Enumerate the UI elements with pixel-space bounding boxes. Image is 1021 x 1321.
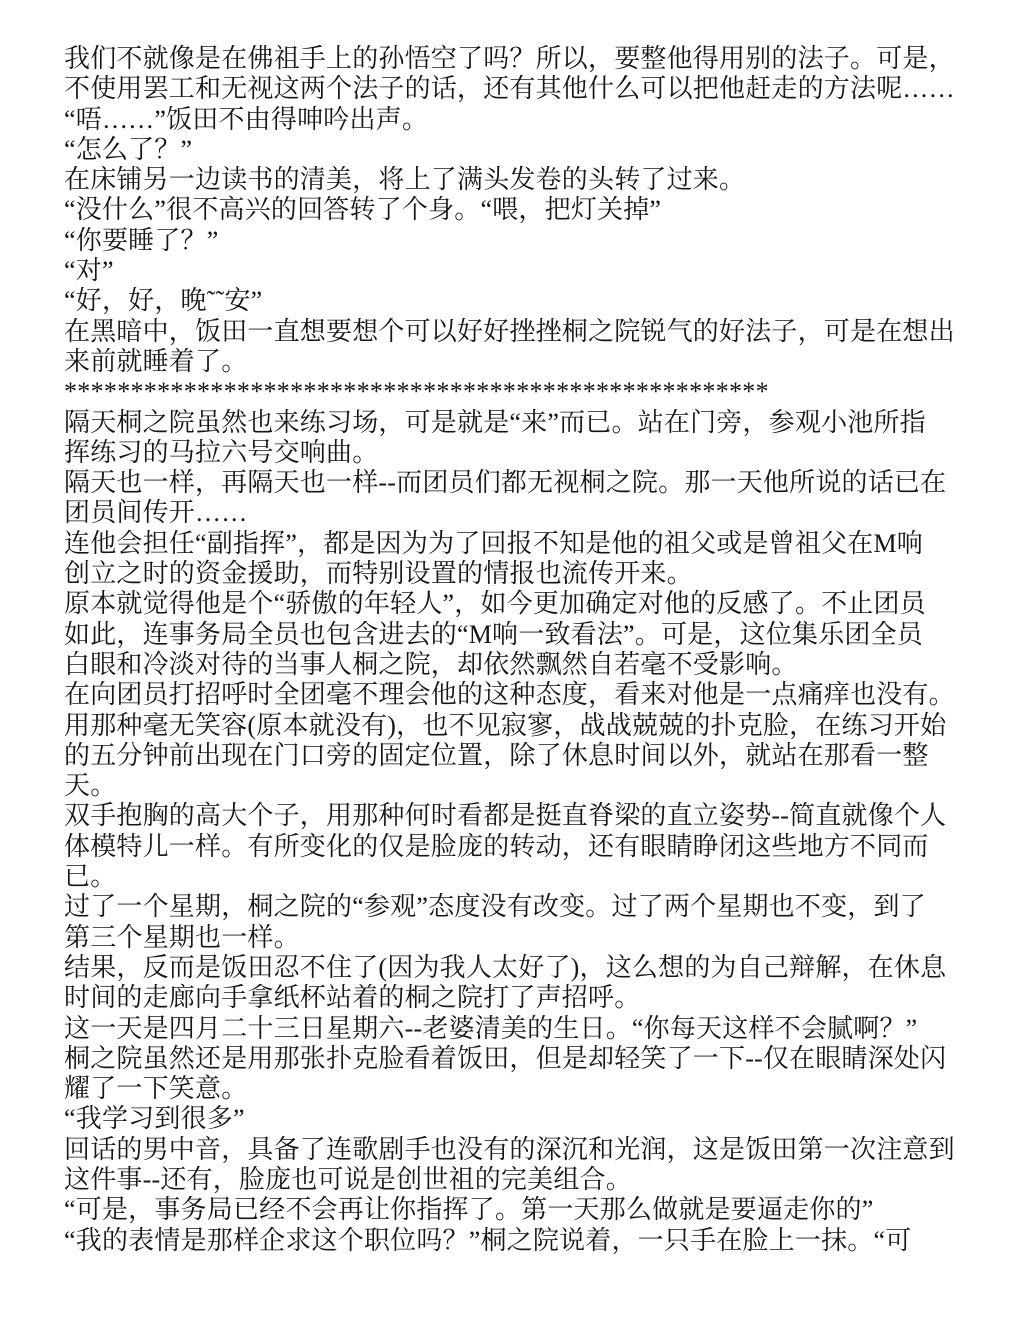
text-line: 如此，连事务局全员也包含进去的“M响一致看法”。可是，这位集乐团全员 — [64, 620, 981, 650]
text-line: 这件事--还有，脸庞也可说是创世祖的完美组合。 — [64, 1165, 981, 1195]
text-line: 在黑暗中，饭田一直想要想个可以好好挫挫桐之院锐气的好法子，可是在想出 — [64, 317, 981, 347]
text-line: “怎么了？” — [64, 135, 981, 165]
text-line: “我学习到很多” — [64, 1104, 981, 1134]
text-line: 回话的男中音，具备了连歌剧手也没有的深沉和光润，这是饭田第一次注意到 — [64, 1135, 981, 1165]
text-line: 创立之时的资金援助，而特别设置的情报也流传开来。 — [64, 559, 981, 589]
text-line: 团员间传开…… — [64, 498, 981, 528]
text-line: “没什么”很不高兴的回答转了个身。“喂，把灯关掉” — [64, 195, 981, 225]
text-line: 在床铺另一边读书的清美，将上了满头发卷的头转了过来。 — [64, 165, 981, 195]
text-line: 双手抱胸的高大个子，用那种何时看都是挺直脊梁的直立姿势--简直就像个人 — [64, 801, 981, 831]
text-line: 在向团员打招呼时全团毫不理会他的这种态度，看来对他是一点痛痒也没有。 — [64, 680, 981, 710]
text-line: 结果，反而是饭田忍不住了(因为我人太好了)，这么想的为自己辩解，在休息 — [64, 953, 981, 983]
text-line: “好，好，晚˜˜安” — [64, 286, 981, 316]
text-line: 天。 — [64, 771, 981, 801]
text-line: 桐之院虽然还是用那张扑克脸看着饭田，但是却轻笑了一下--仅在眼睛深处闪 — [64, 1044, 981, 1074]
text-block: 我们不就像是在佛祖手上的孙悟空了吗？所以，要整他得用别的法子。可是，不使用罢工和… — [0, 0, 1021, 1256]
text-line: 的五分钟前出现在门口旁的固定位置，除了休息时间以外，就站在那看一整 — [64, 741, 981, 771]
text-line: 体模特儿一样。有所变化的仅是脸庞的转动，还有眼睛睁闭这些地方不同而 — [64, 832, 981, 862]
text-line: 第三个星期也一样。 — [64, 923, 981, 953]
text-line: “我的表情是那样企求这个职位吗？”桐之院说着，一只手在脸上一抹。“可 — [64, 1226, 981, 1256]
text-line: 连他会担任“副指挥”，都是因为为了回报不知是他的祖父或是曾祖父在M响 — [64, 529, 981, 559]
text-line: 用那种毫无笑容(原本就没有)，也不见寂寥，战战兢兢的扑克脸，在练习开始 — [64, 711, 981, 741]
text-line: 隔天桐之院虽然也来练习场，可是就是“来”而已。站在门旁，参观小池所指 — [64, 408, 981, 438]
section-divider: ****************************************… — [64, 377, 981, 407]
text-line: 白眼和冷淡对待的当事人桐之院，却依然飘然自若毫不受影响。 — [64, 650, 981, 680]
text-line: 过了一个星期，桐之院的“参观”态度没有改变。过了两个星期也不变，到了 — [64, 892, 981, 922]
text-line: “可是，事务局已经不会再让你指挥了。第一天那么做就是要逼走你的” — [64, 1195, 981, 1225]
text-line: 来前就睡着了。 — [64, 347, 981, 377]
text-line: 挥练习的马拉六号交响曲。 — [64, 438, 981, 468]
text-line: 隔天也一样，再隔天也一样--而团员们都无视桐之院。那一天他所说的话已在 — [64, 468, 981, 498]
text-line: 耀了一下笑意。 — [64, 1074, 981, 1104]
novel-page: 我们不就像是在佛祖手上的孙悟空了吗？所以，要整他得用别的法子。可是，不使用罢工和… — [0, 0, 1021, 1321]
text-line: 不使用罢工和无视这两个法子的话，还有其他什么可以把他赶走的方法呢…… — [64, 74, 981, 104]
text-line: “对” — [64, 256, 981, 286]
text-line: 原本就觉得他是个“骄傲的年轻人”，如今更加确定对他的反感了。不止团员 — [64, 589, 981, 619]
text-line: “你要睡了？” — [64, 226, 981, 256]
text-line: 时间的走廊向手拿纸杯站着的桐之院打了声招呼。 — [64, 983, 981, 1013]
text-line: 这一天是四月二十三日星期六--老婆清美的生日。“你每天这样不会腻啊？” — [64, 1014, 981, 1044]
text-line: 已。 — [64, 862, 981, 892]
text-line: 我们不就像是在佛祖手上的孙悟空了吗？所以，要整他得用别的法子。可是， — [64, 44, 981, 74]
text-line: “唔……”饭田不由得呻吟出声。 — [64, 105, 981, 135]
